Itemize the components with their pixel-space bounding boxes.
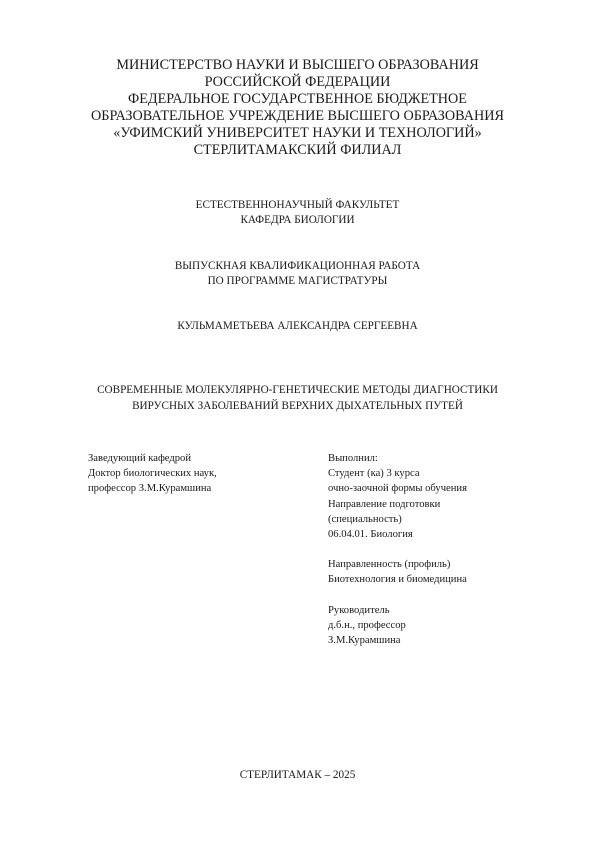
head-of-department-block: Заведующий кафедрой Доктор биологических…	[88, 451, 217, 497]
student-course: Студент (ка) 3 курса	[328, 466, 467, 481]
header-line: ОБРАЗОВАТЕЛЬНОЕ УЧРЕЖДЕНИЕ ВЫСШЕГО ОБРАЗ…	[0, 108, 595, 125]
spacer	[328, 542, 467, 557]
work-type-line: ВЫПУСКНАЯ КВАЛИФИКАЦИОННАЯ РАБОТА	[0, 259, 595, 274]
title-line: СОВРЕМЕННЫЕ МОЛЕКУЛЯРНО-ГЕНЕТИЧЕСКИЕ МЕТ…	[0, 382, 595, 398]
direction-label-2: (специальность)	[328, 512, 467, 527]
head-name: профессор З.М.Курамшина	[88, 481, 217, 496]
profile-value: Биотехнология и биомедицина	[328, 572, 467, 587]
study-form: очно-заочной формы обучения	[328, 481, 467, 496]
performer-block: Выполнил: Студент (ка) 3 курса очно-заоч…	[328, 451, 467, 648]
city-year: СТЕРЛИТАМАК – 2025	[0, 768, 595, 783]
direction-label: Направление подготовки	[328, 497, 467, 512]
work-type-line: ПО ПРОГРАММЕ МАГИСТРАТУРЫ	[0, 274, 595, 289]
author-name: КУЛЬМАМЕТЬЕВА АЛЕКСАНДРА СЕРГЕЕВНА	[0, 319, 595, 334]
head-role: Заведующий кафедрой	[88, 451, 217, 466]
header-line: «УФИМСКИЙ УНИВЕРСИТЕТ НАУКИ И ТЕХНОЛОГИЙ…	[0, 125, 595, 142]
department-name: КАФЕДРА БИОЛОГИИ	[0, 213, 595, 228]
profile-label: Направленность (профиль)	[328, 557, 467, 572]
city-year-footer: СТЕРЛИТАМАК – 2025	[0, 768, 595, 783]
header-line: МИНИСТЕРСТВО НАУКИ И ВЫСШЕГО ОБРАЗОВАНИЯ	[0, 57, 595, 74]
header-line: ФЕДЕРАЛЬНОЕ ГОСУДАРСТВЕННОЕ БЮДЖЕТНОЕ	[0, 91, 595, 108]
thesis-title: СОВРЕМЕННЫЕ МОЛЕКУЛЯРНО-ГЕНЕТИЧЕСКИЕ МЕТ…	[0, 382, 595, 414]
direction-value: 06.04.01. Биология	[328, 527, 467, 542]
header-line: СТЕРЛИТАМАКСКИЙ ФИЛИАЛ	[0, 142, 595, 159]
author-block: КУЛЬМАМЕТЬЕВА АЛЕКСАНДРА СЕРГЕЕВНА	[0, 319, 595, 334]
performer-label: Выполнил:	[328, 451, 467, 466]
spacer	[328, 588, 467, 603]
supervisor-label: Руководитель	[328, 603, 467, 618]
head-degree: Доктор биологических наук,	[88, 466, 217, 481]
title-line: ВИРУСНЫХ ЗАБОЛЕВАНИЙ ВЕРХНИХ ДЫХАТЕЛЬНЫХ…	[0, 398, 595, 414]
work-type-block: ВЫПУСКНАЯ КВАЛИФИКАЦИОННАЯ РАБОТА ПО ПРО…	[0, 259, 595, 289]
supervisor-name: З.М.Курамшина	[328, 633, 467, 648]
faculty-name: ЕСТЕСТВЕННОНАУЧНЫЙ ФАКУЛЬТЕТ	[0, 198, 595, 213]
header-line: РОССИЙСКОЙ ФЕДЕРАЦИИ	[0, 74, 595, 91]
supervisor-degree: д.б.н., профессор	[328, 618, 467, 633]
faculty-block: ЕСТЕСТВЕННОНАУЧНЫЙ ФАКУЛЬТЕТ КАФЕДРА БИО…	[0, 198, 595, 228]
ministry-header: МИНИСТЕРСТВО НАУКИ И ВЫСШЕГО ОБРАЗОВАНИЯ…	[0, 57, 595, 159]
